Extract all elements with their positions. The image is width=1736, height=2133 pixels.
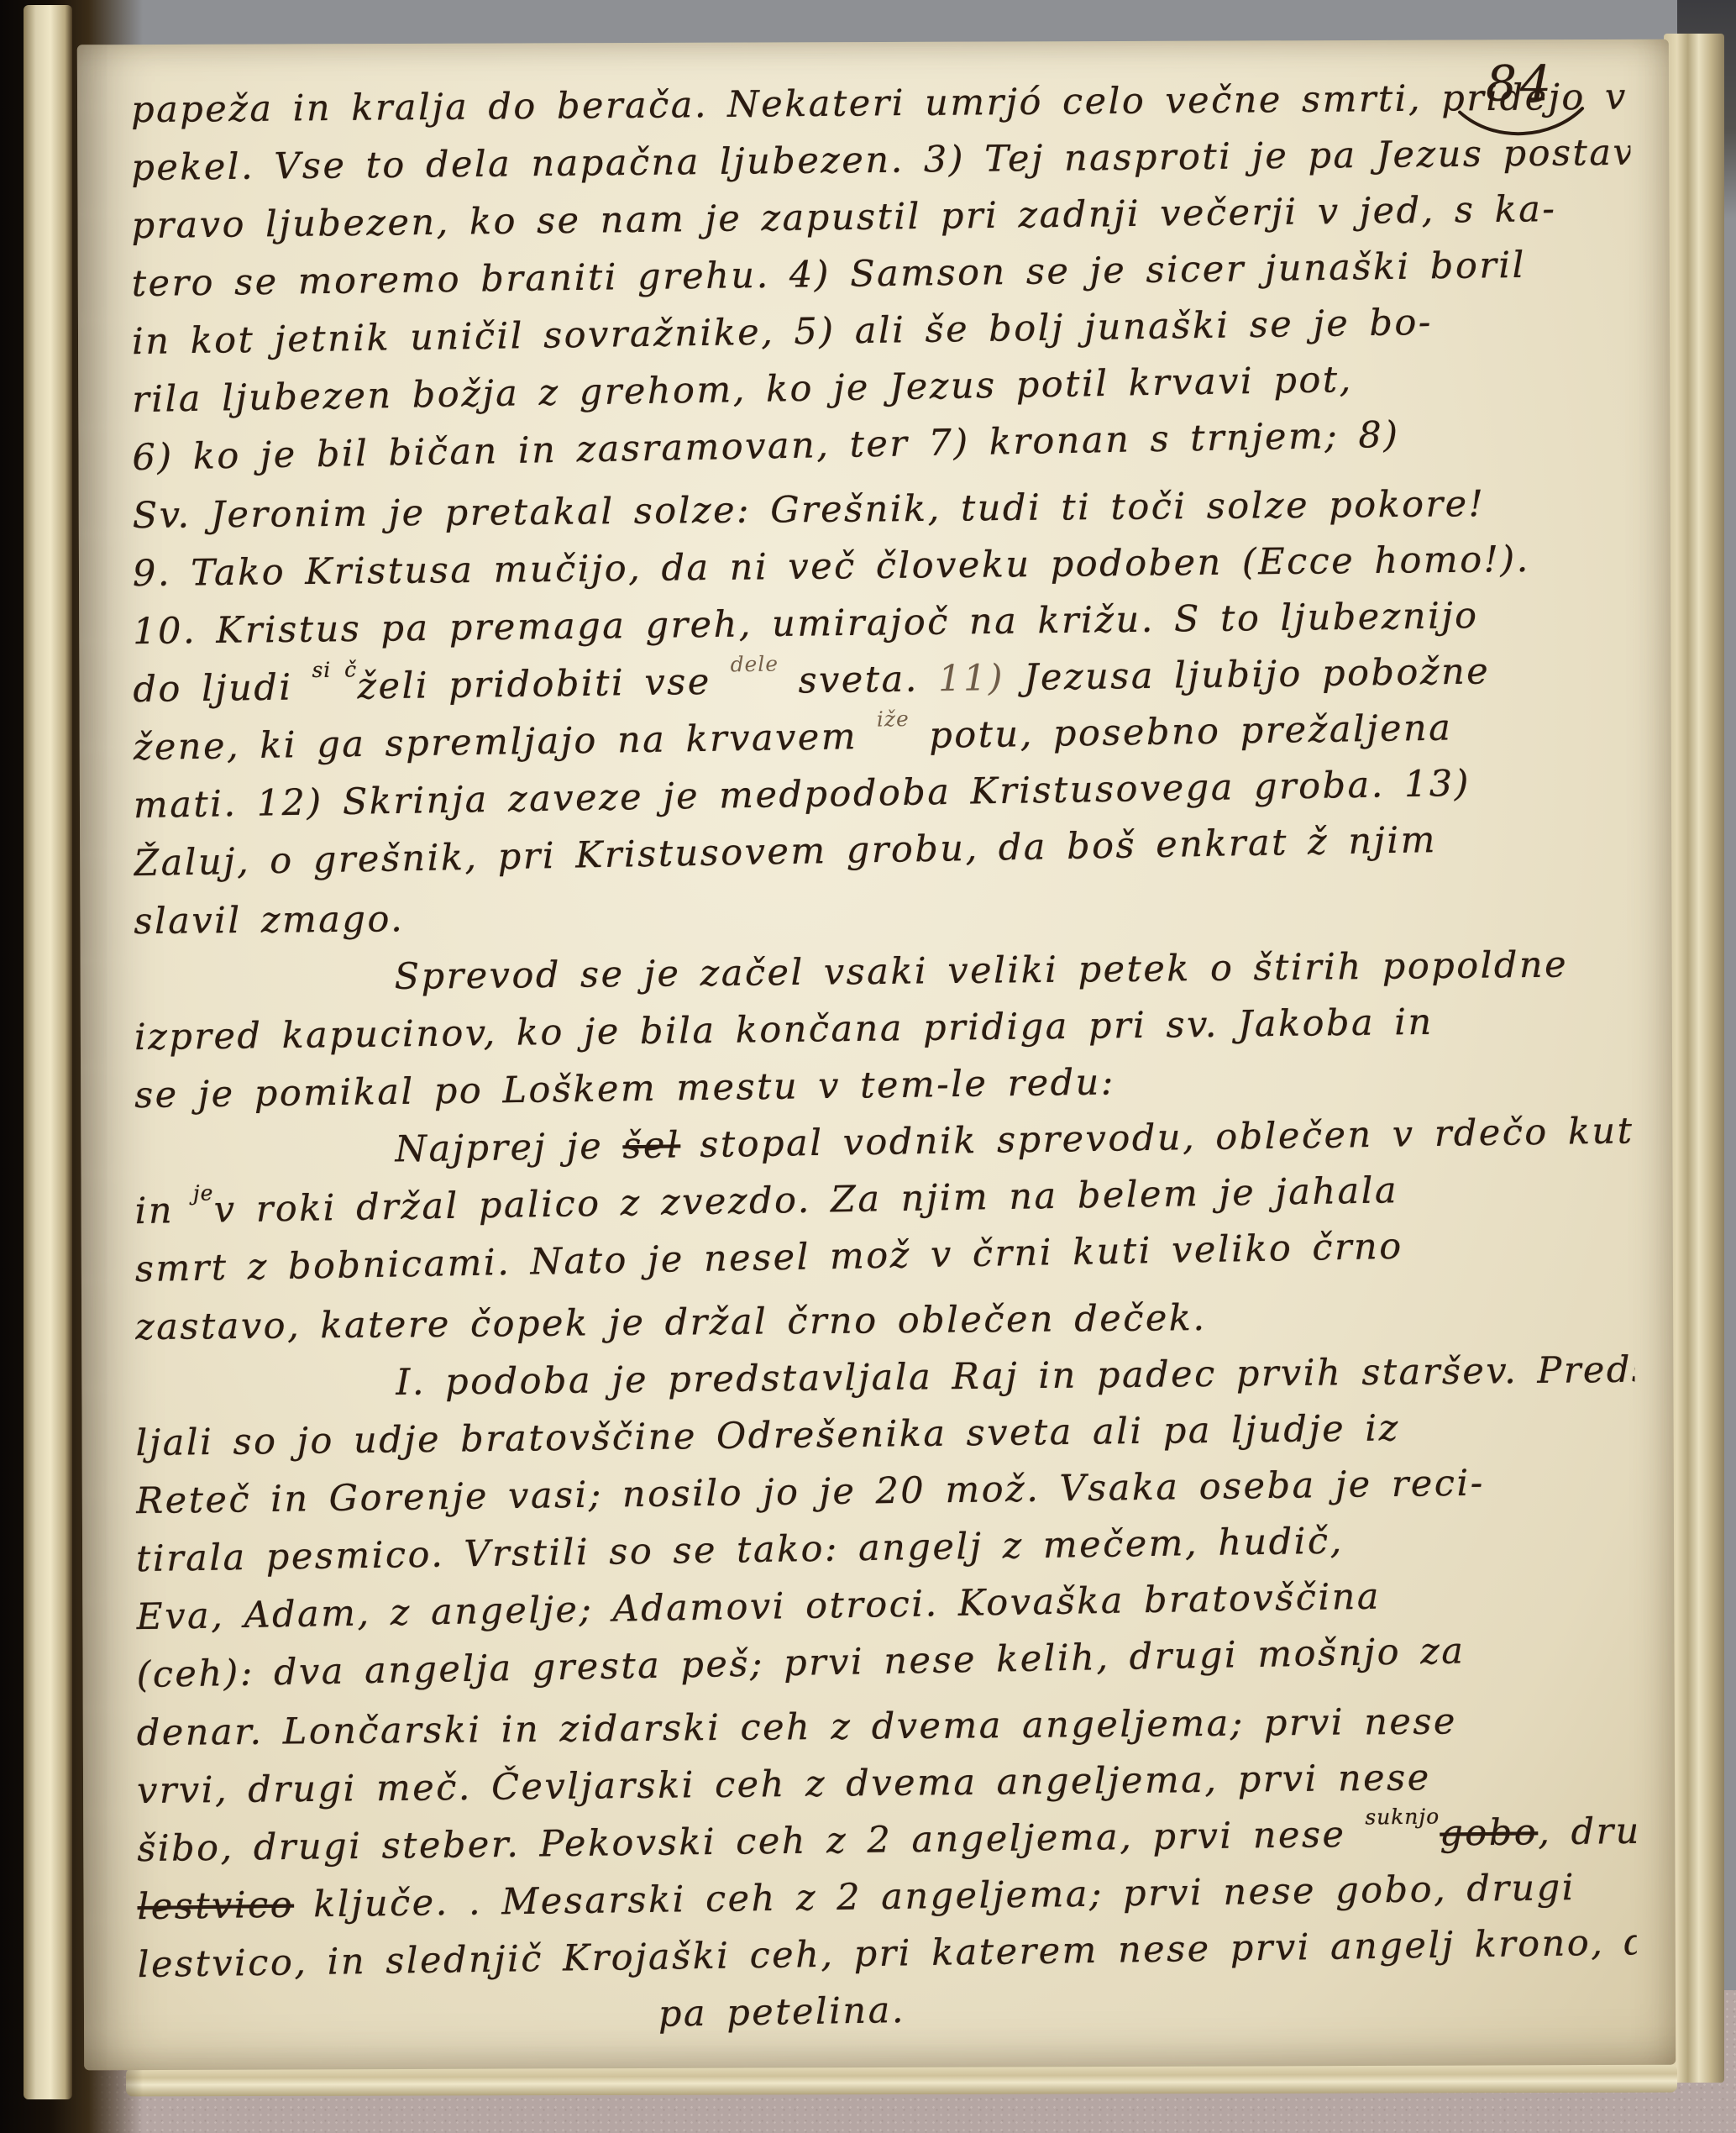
text-segment: vrvi, drugi meč. Čevljarski ceh z dvema … xyxy=(137,1757,1431,1812)
manuscript-page: 84 papeža in kralja do berača. Nekateri … xyxy=(77,39,1676,2071)
text-segment: papeža in kralja do berača. Nekateri umr… xyxy=(131,76,1628,131)
text-segment: pravo ljubezen, ko se nam je zapustil pr… xyxy=(131,188,1556,247)
text-segment: potu, posebno prežaljena xyxy=(910,707,1453,758)
text-segment: žene, ki ga spremljajo na krvavem xyxy=(133,716,877,769)
text-segment: Sv. Jeronim je pretakal solze: Grešnik, … xyxy=(133,483,1486,537)
text-segment-sup: je xyxy=(192,1164,214,1221)
text-segment: pa petelina. xyxy=(658,1989,906,2036)
text-segment-strike: šel xyxy=(622,1124,681,1167)
text-segment: , drugi xyxy=(1538,1810,1637,1853)
photo-background: 84 papeža in kralja do berača. Nekateri … xyxy=(0,0,1736,2133)
text-segment: želi pridobiti vse xyxy=(357,661,731,708)
text-segment: do ljudi xyxy=(133,666,312,711)
text-segment: izpred kapucinov, ko je bila končana pri… xyxy=(134,1001,1434,1059)
text-segment: se je pomikal po Loškem mestu v tem-le r… xyxy=(134,1061,1115,1116)
text-segment: Jezusa ljubijo pobožne xyxy=(1004,650,1491,699)
text-segment: denar. Lončarski in zidarski ceh z dvema… xyxy=(137,1700,1458,1754)
text-segment: stopal vodnik sprevodu, oblečen v rdečo … xyxy=(680,1110,1637,1167)
text-segment: pekel. Vse to dela napačna ljubezen. 3) … xyxy=(131,131,1637,189)
text-segment: ljali so jo udje bratovščine Odrešenika … xyxy=(135,1407,1400,1464)
text-segment: I. podoba je predstavljala Raj in padec … xyxy=(396,1348,1637,1404)
left-page-edge xyxy=(24,5,72,2099)
text-segment: šibo, drugi steber. Pekovski ceh z 2 ang… xyxy=(137,1814,1366,1870)
text-segment: zastavo, katere čopek je držal črno oble… xyxy=(135,1297,1207,1348)
text-segment: slavil zmago. xyxy=(134,898,404,943)
text-segment-strike: lestvico xyxy=(137,1884,294,1929)
text-segment: sveta. xyxy=(779,658,938,702)
text-segment-sup: suknjo xyxy=(1365,1787,1440,1846)
text-segment-supl: dele xyxy=(730,635,779,694)
text-segment-strike: gobo xyxy=(1440,1811,1538,1854)
text-segment: in xyxy=(134,1190,193,1232)
text-segment-supl: iže xyxy=(876,690,910,749)
text-segment: Sprevod se je začel vsaki veliki petek o… xyxy=(394,944,1568,998)
text-segment: Najprej je xyxy=(395,1125,623,1170)
text-segment: 9. Tako Kristusa mučijo, da ni več člove… xyxy=(133,539,1530,595)
manuscript-text: papeža in kralja do berača. Nekateri umr… xyxy=(131,76,1637,2062)
text-segment-sup: si č xyxy=(312,640,358,699)
text-segment-light: 11) xyxy=(938,657,1005,700)
